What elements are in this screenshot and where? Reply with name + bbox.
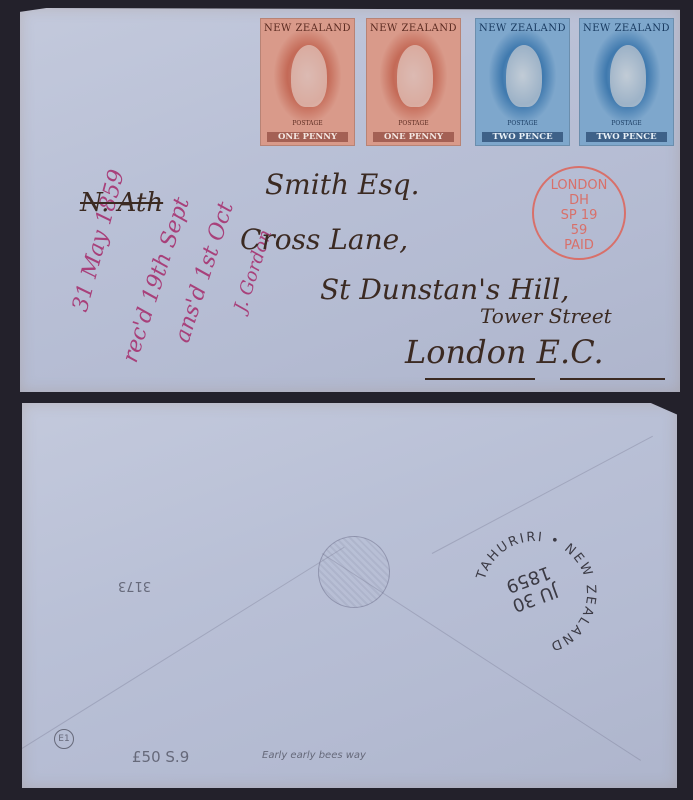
postmark-code: DH (534, 193, 624, 208)
stamp-country: NEW ZEALAND (476, 23, 569, 34)
postmark-city: LONDON (534, 178, 624, 193)
address-underline (425, 378, 535, 380)
stamp-postage: POSTAGE (580, 120, 673, 127)
postmark-date: SP 19 (534, 208, 624, 223)
london-paid-postmark: LONDON DH SP 19 59 PAID (532, 166, 626, 260)
tahuriri-new-zealand-postmark: TAHURIRI • NEW ZEALAND JU 30 1859 (470, 528, 600, 658)
stamp-value: TWO PENCE (482, 132, 563, 142)
stamp-postage: POSTAGE (367, 120, 460, 127)
queen-portrait (610, 45, 646, 107)
stamp-country: NEW ZEALAND (367, 23, 460, 34)
stamp-value: ONE PENNY (373, 132, 454, 142)
address-line-2: Cross Lane, (240, 223, 408, 256)
stamp-two-pence-2: NEW ZEALAND POSTAGE TWO PENCE (579, 18, 674, 146)
pencil-reference: 3173 (118, 578, 151, 593)
postmark-year: 59 (534, 223, 624, 238)
stamp-one-penny-1: NEW ZEALAND POSTAGE ONE PENNY (260, 18, 355, 146)
stamp-two-pence-1: NEW ZEALAND POSTAGE TWO PENCE (475, 18, 570, 146)
postmark-paid: PAID (534, 238, 624, 253)
crossed-out-name: N. Ath (80, 188, 163, 218)
pencil-note: Early early bees way (262, 750, 366, 761)
stamp-country: NEW ZEALAND (261, 23, 354, 34)
stamp-value: ONE PENNY (267, 132, 348, 142)
address-line-3: St Dunstan's Hill, (320, 273, 569, 306)
stamp-postage: POSTAGE (476, 120, 569, 127)
pencil-price: £50 S.9 (132, 748, 189, 766)
stamp-country: NEW ZEALAND (580, 23, 673, 34)
address-line-5: London E.C. (405, 333, 604, 371)
address-line-1: Smith Esq. (265, 168, 420, 201)
stamp-one-penny-2: NEW ZEALAND POSTAGE ONE PENNY (366, 18, 461, 146)
address-line-4: Tower Street (480, 304, 612, 328)
wax-seal-embossing (318, 536, 390, 608)
stamp-postage: POSTAGE (261, 120, 354, 127)
queen-portrait (291, 45, 327, 107)
queen-portrait (506, 45, 542, 107)
queen-portrait (397, 45, 433, 107)
address-underline (560, 378, 665, 380)
flap-crease (22, 547, 345, 749)
pencil-circled-mark: E1 (54, 729, 74, 749)
stamp-value: TWO PENCE (586, 132, 667, 142)
